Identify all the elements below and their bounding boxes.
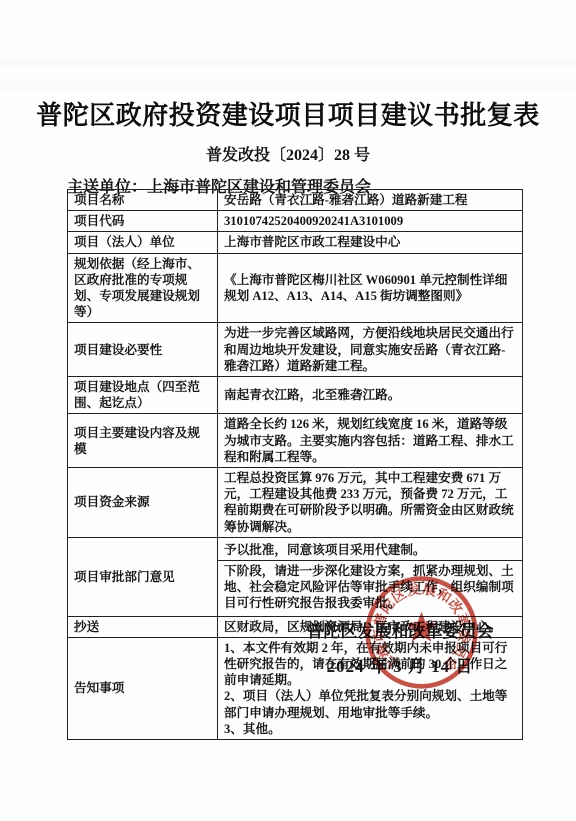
document-page: 普陀区政府投资建设项目项目建议书批复表 普发改投〔2024〕28 号 主送单位：… bbox=[0, 0, 576, 821]
scan-artifact bbox=[0, 80, 576, 90]
row-label: 项目代码 bbox=[68, 211, 218, 232]
approval-opinion-part-1: 予以批准，同意该项目采用代建制。 bbox=[218, 540, 522, 561]
row-label: 项目建设地点（四至范围、起讫点） bbox=[68, 377, 218, 414]
row-value: 为进一步完善区域路网，方便沿线地块居民交通出行和周边地块开发建设，同意实施安岳路… bbox=[218, 323, 523, 377]
table-row-project-code: 项目代码 31010742520400920241A3101009 bbox=[68, 211, 523, 232]
row-value: 31010742520400920241A3101009 bbox=[218, 211, 523, 232]
table-row-funding: 项目资金来源 工程总投资匡算 976 万元，其中工程建安费 671 万元，工程建… bbox=[68, 468, 523, 538]
row-value: 上海市普陀区市政工程建设中心 bbox=[218, 232, 523, 253]
row-value: 道路全长约 126 米，规划红线宽度 16 米，道路等级为城市支路。主要实施内容… bbox=[218, 414, 523, 468]
row-label: 规划依据（经上海市、区政府批准的专项规划、专项发展建设规划等） bbox=[68, 253, 218, 323]
document-number: 普发改投〔2024〕28 号 bbox=[0, 142, 576, 165]
row-label: 项目审批部门意见 bbox=[68, 537, 218, 616]
approval-opinion-part-2: 下阶段，请进一步深化建设方案，抓紧办理规划、土地、社会稳定风险评估等审批手续工作… bbox=[218, 561, 522, 614]
row-value: 工程总投资匡算 976 万元，其中工程建安费 671 万元，工程建设其他费 23… bbox=[218, 468, 523, 538]
scan-artifact bbox=[0, 58, 576, 68]
table-row-approval-opinion: 项目审批部门意见 予以批准，同意该项目采用代建制。 下阶段，请进一步深化建设方案… bbox=[68, 537, 523, 616]
table-row-location: 项目建设地点（四至范围、起讫点） 南起青衣江路，北至雅砻江路。 bbox=[68, 377, 523, 414]
table-row-planning-basis: 规划依据（经上海市、区政府批准的专项规划、专项发展建设规划等） 《上海市普陀区梅… bbox=[68, 253, 523, 323]
row-label: 告知事项 bbox=[68, 637, 218, 739]
row-label: 项目（法人）单位 bbox=[68, 232, 218, 253]
row-label: 抄送 bbox=[68, 616, 218, 637]
issue-date: 2024 年 3 月 14 日 bbox=[255, 652, 545, 677]
row-value: 安岳路（青衣江路-雅砻江路）道路新建工程 bbox=[218, 190, 523, 211]
row-label: 项目名称 bbox=[68, 190, 218, 211]
row-value: 《上海市普陀区梅川社区 W060901 单元控制性详细规划 A12、A13、A1… bbox=[218, 253, 523, 323]
issuer-name: 普陀区发展和改革委员会 bbox=[255, 617, 545, 642]
table-row-necessity: 项目建设必要性 为进一步完善区域路网，方便沿线地块居民交通出行和周边地块开发建设… bbox=[68, 323, 523, 377]
table-row-legal-unit: 项目（法人）单位 上海市普陀区市政工程建设中心 bbox=[68, 232, 523, 253]
notice-item-2: 2、项目（法人）单位凭批复表分别向规划、土地等部门申请办理规划、用地审批等手续。 bbox=[224, 688, 517, 720]
table-row-project-name: 项目名称 安岳路（青衣江路-雅砻江路）道路新建工程 bbox=[68, 190, 523, 211]
table-row-scope: 项目主要建设内容及规模 道路全长约 126 米，规划红线宽度 16 米，道路等级… bbox=[68, 414, 523, 468]
row-value: 南起青衣江路，北至雅砻江路。 bbox=[218, 377, 523, 414]
row-label: 项目主要建设内容及规模 bbox=[68, 414, 218, 468]
notice-item-3: 3、其他。 bbox=[224, 721, 517, 737]
row-label: 项目建设必要性 bbox=[68, 323, 218, 377]
row-value: 予以批准，同意该项目采用代建制。 下阶段，请进一步深化建设方案，抓紧办理规划、土… bbox=[218, 537, 523, 616]
row-label: 项目资金来源 bbox=[68, 468, 218, 538]
